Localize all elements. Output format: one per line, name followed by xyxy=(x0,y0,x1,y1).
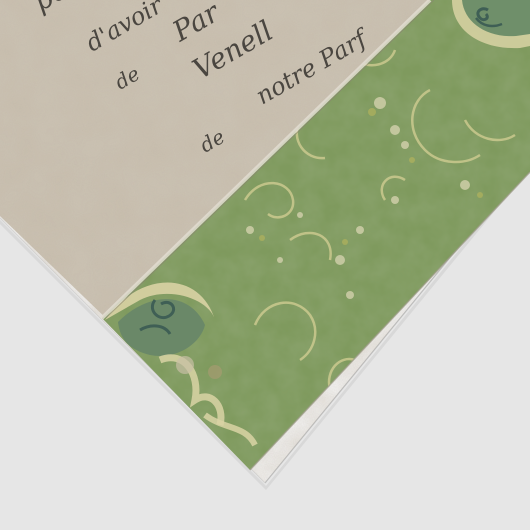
scrapbook-paper-corner: pour d'avoir Par de Venell de notre Parf xyxy=(0,0,530,530)
paper-illustration: pour d'avoir Par de Venell de notre Parf xyxy=(0,0,530,530)
